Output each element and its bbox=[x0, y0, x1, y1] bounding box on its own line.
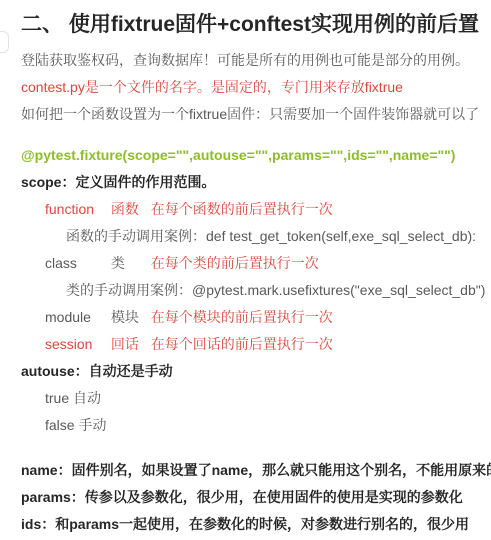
sidebar-handle bbox=[0, 31, 9, 53]
autouse-option-true: true 自动 bbox=[21, 385, 477, 412]
scope-row-class: class 类 在每个类的前后置执行一次 bbox=[21, 250, 477, 277]
scope-row-session: session 回话 在每个回话的前后置执行一次 bbox=[21, 331, 477, 358]
scope-cn-module: 模块 bbox=[111, 304, 147, 331]
conftest-note: contest.py是一个文件的名字。是固定的，专门用来存放fixtrue bbox=[21, 74, 477, 101]
scope-desc-module: 在每个模块的前后置执行一次 bbox=[151, 309, 333, 325]
scope-term-function: function bbox=[45, 196, 107, 223]
class-manual-call-note: 类的手动调用案例：@pytest.mark.usefixtures("exe_s… bbox=[21, 277, 477, 304]
scope-desc-class: 在每个类的前后置执行一次 bbox=[151, 255, 319, 271]
scope-cn-session: 回话 bbox=[111, 331, 147, 358]
scope-heading: scope：定义固件的作用范围。 bbox=[21, 169, 477, 196]
scope-desc-session: 在每个回话的前后置执行一次 bbox=[151, 336, 333, 352]
params-param-desc: params：传参以及参数化，很少用，在使用固件的使用是实现的参数化 bbox=[21, 484, 477, 511]
howto-text: 如何把一个函数设置为一个fixtrue固件：只需要加一个固件装饰器就可以了 bbox=[21, 101, 477, 128]
scope-term-module: module bbox=[45, 304, 107, 331]
scope-cn-class: 类 bbox=[111, 250, 147, 277]
function-manual-call-note: 函数的手动调用案例：def test_get_token(self,exe_sq… bbox=[21, 223, 477, 250]
page-title: 二、 使用fixtrue固件+conftest实现用例的前后置 bbox=[21, 12, 477, 38]
autouse-heading: autouse：自动还是手动 bbox=[21, 358, 477, 385]
scope-row-module: module 模块 在每个模块的前后置执行一次 bbox=[21, 304, 477, 331]
scope-term-session: session bbox=[45, 331, 107, 358]
scope-cn-function: 函数 bbox=[111, 196, 147, 223]
notes-document: 二、 使用fixtrue固件+conftest实现用例的前后置 登陆获取鉴权码，… bbox=[0, 0, 491, 538]
fixture-decorator-code: @pytest.fixture(scope="",autouse="",para… bbox=[21, 142, 477, 169]
autouse-option-false: false 手动 bbox=[21, 412, 477, 439]
ids-param-desc: ids：和params一起使用，在参数化的时候，对参数进行别名的，很少用 bbox=[21, 511, 477, 538]
intro-text: 登陆获取鉴权码，查询数据库！可能是所有的用例也可能是部分的用例。 bbox=[21, 47, 477, 74]
name-param-desc: name：固件别名，如果设置了name，那么就只能用这个别名，不能用原来的固件名… bbox=[21, 457, 477, 484]
scope-desc-function: 在每个函数的前后置执行一次 bbox=[151, 201, 333, 217]
scope-row-function: function 函数 在每个函数的前后置执行一次 bbox=[21, 196, 477, 223]
scope-term-class: class bbox=[45, 250, 107, 277]
